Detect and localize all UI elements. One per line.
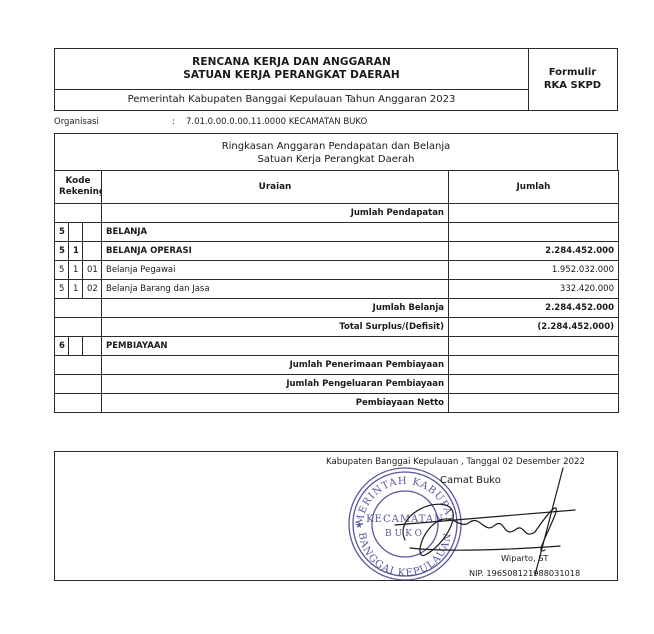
uraian-cell: Jumlah Pengeluaran Pembiayaan — [102, 375, 449, 394]
uraian-cell: Total Surplus/(Defisit) — [102, 318, 449, 337]
kode-k2-cell — [69, 223, 83, 242]
kode-k3-cell: 01 — [83, 261, 102, 280]
jumlah-cell — [449, 204, 619, 223]
uraian-cell: Jumlah Pendapatan — [102, 204, 449, 223]
budget-summary-table: Kode Rekening Uraian Jumlah Jumlah Penda… — [54, 170, 619, 413]
form-id: RKA SKPD — [544, 80, 601, 93]
kode-cell — [55, 394, 102, 413]
uraian-cell: Pembiayaan Netto — [102, 394, 449, 413]
table-row: Total Surplus/(Defisit)(2.284.452.000) — [55, 318, 619, 337]
table-row: Pembiayaan Netto — [55, 394, 619, 413]
kode-k3-cell — [83, 223, 102, 242]
uraian-cell: Jumlah Penerimaan Pembiayaan — [102, 356, 449, 375]
table-row: Jumlah Pendapatan — [55, 204, 619, 223]
uraian-cell: BELANJA — [102, 223, 449, 242]
table-row: 5101Belanja Pegawai1.952.032.000 — [55, 261, 619, 280]
kode-cell — [55, 375, 102, 394]
title-line-2: SATUAN KERJA PERANGKAT DAERAH — [183, 69, 400, 82]
organisasi-colon: : — [172, 117, 186, 127]
kode-k3-cell — [83, 337, 102, 356]
jumlah-cell — [449, 337, 619, 356]
svg-text:★: ★ — [355, 521, 363, 531]
summary-title-line-2: Satuan Kerja Perangkat Daerah — [258, 153, 415, 166]
kode-k3-cell — [83, 242, 102, 261]
table-row: Jumlah Pengeluaran Pembiayaan — [55, 375, 619, 394]
form-header: RENCANA KERJA DAN ANGGARAN SATUAN KERJA … — [54, 48, 618, 111]
jumlah-cell: 2.284.452.000 — [449, 299, 619, 318]
organisasi-value: 7.01.0.00.0.00.11.0000 KECAMATAN BUKO — [186, 117, 367, 127]
table-row: 6PEMBIAYAAN — [55, 337, 619, 356]
table-row: 5102Belanja Barang dan Jasa332.420.000 — [55, 280, 619, 299]
organisasi-label: Organisasi — [54, 117, 172, 127]
kode-k1-cell: 5 — [55, 261, 69, 280]
table-row: 5BELANJA — [55, 223, 619, 242]
jumlah-cell: 332.420.000 — [449, 280, 619, 299]
jumlah-cell — [449, 356, 619, 375]
organisasi-line: Organisasi : 7.01.0.00.0.00.11.0000 KECA… — [54, 115, 367, 129]
kode-cell — [55, 318, 102, 337]
kode-k2-cell: 1 — [69, 280, 83, 299]
jumlah-cell: (2.284.452.000) — [449, 318, 619, 337]
kode-k1-cell: 5 — [55, 223, 69, 242]
jumlah-cell — [449, 375, 619, 394]
kode-cell — [55, 299, 102, 318]
uraian-cell: Belanja Pegawai — [102, 261, 449, 280]
uraian-cell: BELANJA OPERASI — [102, 242, 449, 261]
signature-block: PEMERINTAH KABUPATEN BANGGAI KEPULAUAN K… — [54, 451, 618, 581]
jumlah-cell: 2.284.452.000 — [449, 242, 619, 261]
uraian-cell: Belanja Barang dan Jasa — [102, 280, 449, 299]
form-label: Formulir — [549, 67, 597, 80]
header-kode-rekening: Kode Rekening — [55, 171, 102, 204]
kode-k2-cell: 1 — [69, 261, 83, 280]
header-title-block: RENCANA KERJA DAN ANGGARAN SATUAN KERJA … — [55, 49, 529, 110]
kode-k1-cell: 5 — [55, 280, 69, 299]
form-code: Formulir RKA SKPD — [528, 49, 617, 110]
kode-cell — [55, 356, 102, 375]
table-row: Jumlah Penerimaan Pembiayaan — [55, 356, 619, 375]
table-header-row: Kode Rekening Uraian Jumlah — [55, 171, 619, 204]
kode-cell — [55, 204, 102, 223]
uraian-cell: Jumlah Belanja — [102, 299, 449, 318]
kode-k1-cell: 6 — [55, 337, 69, 356]
header-uraian: Uraian — [102, 171, 449, 204]
signer-nip: NIP. 196508121988031018 — [469, 568, 580, 578]
jumlah-cell — [449, 394, 619, 413]
kode-k2-cell: 1 — [69, 242, 83, 261]
kode-k3-cell: 02 — [83, 280, 102, 299]
uraian-cell: PEMBIAYAAN — [102, 337, 449, 356]
kode-k2-cell — [69, 337, 83, 356]
handwritten-signature — [385, 460, 585, 580]
kode-k1-cell: 5 — [55, 242, 69, 261]
jumlah-cell — [449, 223, 619, 242]
signer-name: Wiparto, ST — [501, 553, 548, 563]
document-title: RENCANA KERJA DAN ANGGARAN SATUAN KERJA … — [55, 49, 528, 90]
summary-title: Ringkasan Anggaran Pendapatan dan Belanj… — [54, 133, 618, 171]
document-subtitle: Pemerintah Kabupaten Banggai Kepulauan T… — [55, 89, 528, 110]
summary-title-line-1: Ringkasan Anggaran Pendapatan dan Belanj… — [222, 140, 451, 153]
table-row: Jumlah Belanja2.284.452.000 — [55, 299, 619, 318]
table-row: 51BELANJA OPERASI2.284.452.000 — [55, 242, 619, 261]
header-jumlah: Jumlah — [449, 171, 619, 204]
title-line-1: RENCANA KERJA DAN ANGGARAN — [192, 56, 391, 69]
jumlah-cell: 1.952.032.000 — [449, 261, 619, 280]
